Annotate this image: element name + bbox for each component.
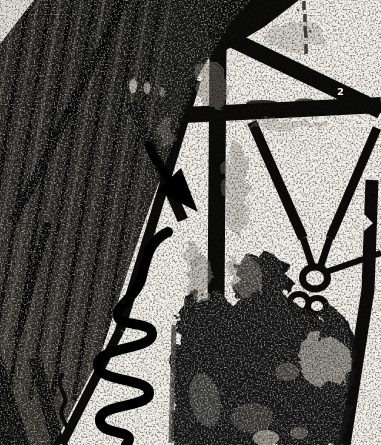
halftone-photo: 2 <box>0 0 381 445</box>
beam-label: 2 <box>337 87 344 98</box>
film-grain <box>0 0 381 445</box>
photo-scene: 2 <box>0 0 381 445</box>
